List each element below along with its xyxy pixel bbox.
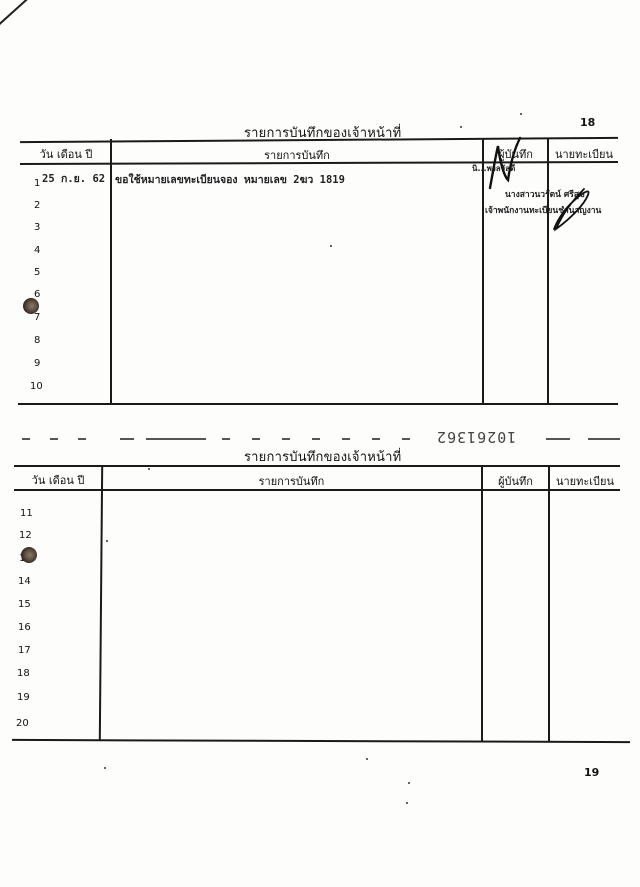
bottom-row-number: 19 (17, 692, 30, 703)
separator-dash (222, 438, 230, 440)
bottom-row-number: 12 (19, 530, 32, 541)
entry-date: 25 ก.ย. 62 (42, 170, 105, 187)
top-row-number: 9 (34, 358, 40, 369)
separator-dash (146, 438, 206, 440)
corner-fold-line (0, 0, 47, 30)
top-table-col-divider-2 (482, 138, 484, 404)
bottom-row-number: 16 (18, 622, 31, 633)
top-table-bottom-border (18, 403, 618, 405)
top-row-number: 4 (34, 245, 40, 256)
top-header-entry: รายการบันทึก (112, 146, 482, 164)
bottom-header-recorder: ผู้บันทึก (483, 472, 548, 490)
recorder-signature-icon (486, 136, 526, 196)
top-row-number: 7 (34, 312, 40, 323)
speck (366, 758, 368, 760)
separator-dash (342, 438, 350, 440)
bottom-header-date: วัน เดือน ปี (16, 471, 100, 489)
bottom-row-number: 14 (18, 576, 31, 587)
top-row-number: 3 (34, 222, 40, 233)
bottom-row-number: 20 (16, 718, 29, 729)
punch-hole-bottom (21, 547, 37, 563)
bottom-row-number: 18 (17, 668, 30, 679)
bottom-table-title: รายการบันทึกของเจ้าหน้าที่ (244, 446, 401, 467)
bottom-table-col-divider-3 (548, 465, 550, 741)
separator-dash (402, 438, 410, 440)
top-row-number: 1 (34, 178, 40, 189)
separator-dash (252, 438, 260, 440)
top-row-number: 10 (30, 381, 43, 392)
speck (406, 802, 408, 804)
speck (330, 245, 332, 247)
separator-dash (312, 438, 320, 440)
speck (408, 782, 410, 784)
top-header-date: วัน เดือน ปี (22, 145, 110, 163)
separator-dash (78, 438, 86, 440)
top-row-number: 2 (34, 200, 40, 211)
separator-dash (50, 438, 58, 440)
page-number-top: 18 (580, 116, 595, 129)
speck (460, 126, 462, 128)
separator-dash (282, 438, 290, 440)
top-row-number: 8 (34, 335, 40, 346)
separator-dash (120, 438, 134, 440)
bottom-row-number: 11 (20, 508, 33, 519)
separator-dash (588, 438, 620, 440)
punch-hole-top (23, 298, 39, 314)
bottom-row-number: 17 (18, 645, 31, 656)
page-number-bottom: 19 (584, 766, 599, 779)
bottom-table-col-divider-2 (481, 465, 483, 741)
top-table-col-divider-3 (547, 138, 549, 404)
bottom-header-registrar: นายทะเบียน (550, 472, 620, 490)
speck (520, 113, 522, 115)
bottom-row-number: 15 (18, 599, 31, 610)
bottom-table-bottom-border (12, 739, 630, 743)
top-table-col-divider-1 (110, 139, 112, 404)
speck (148, 468, 150, 470)
speck (104, 767, 106, 769)
mirrored-serial-number: 10261362 (436, 428, 516, 446)
top-row-number: 5 (34, 267, 40, 278)
bottom-header-entry: รายการบันทึก (102, 472, 481, 490)
separator-dash (22, 438, 30, 440)
bottom-table-col-divider-1 (99, 465, 103, 741)
top-header-registrar: นายทะเบียน (549, 145, 619, 163)
bottom-table-top-border (14, 465, 620, 467)
separator-dash (372, 438, 380, 440)
separator-dash (546, 438, 570, 440)
registrar-signature-icon (548, 185, 594, 235)
speck (106, 540, 108, 542)
entry-text: ขอใช้หมายเลขทะเบียนจอง หมายเลข 2ฆว 1819 (115, 171, 345, 188)
